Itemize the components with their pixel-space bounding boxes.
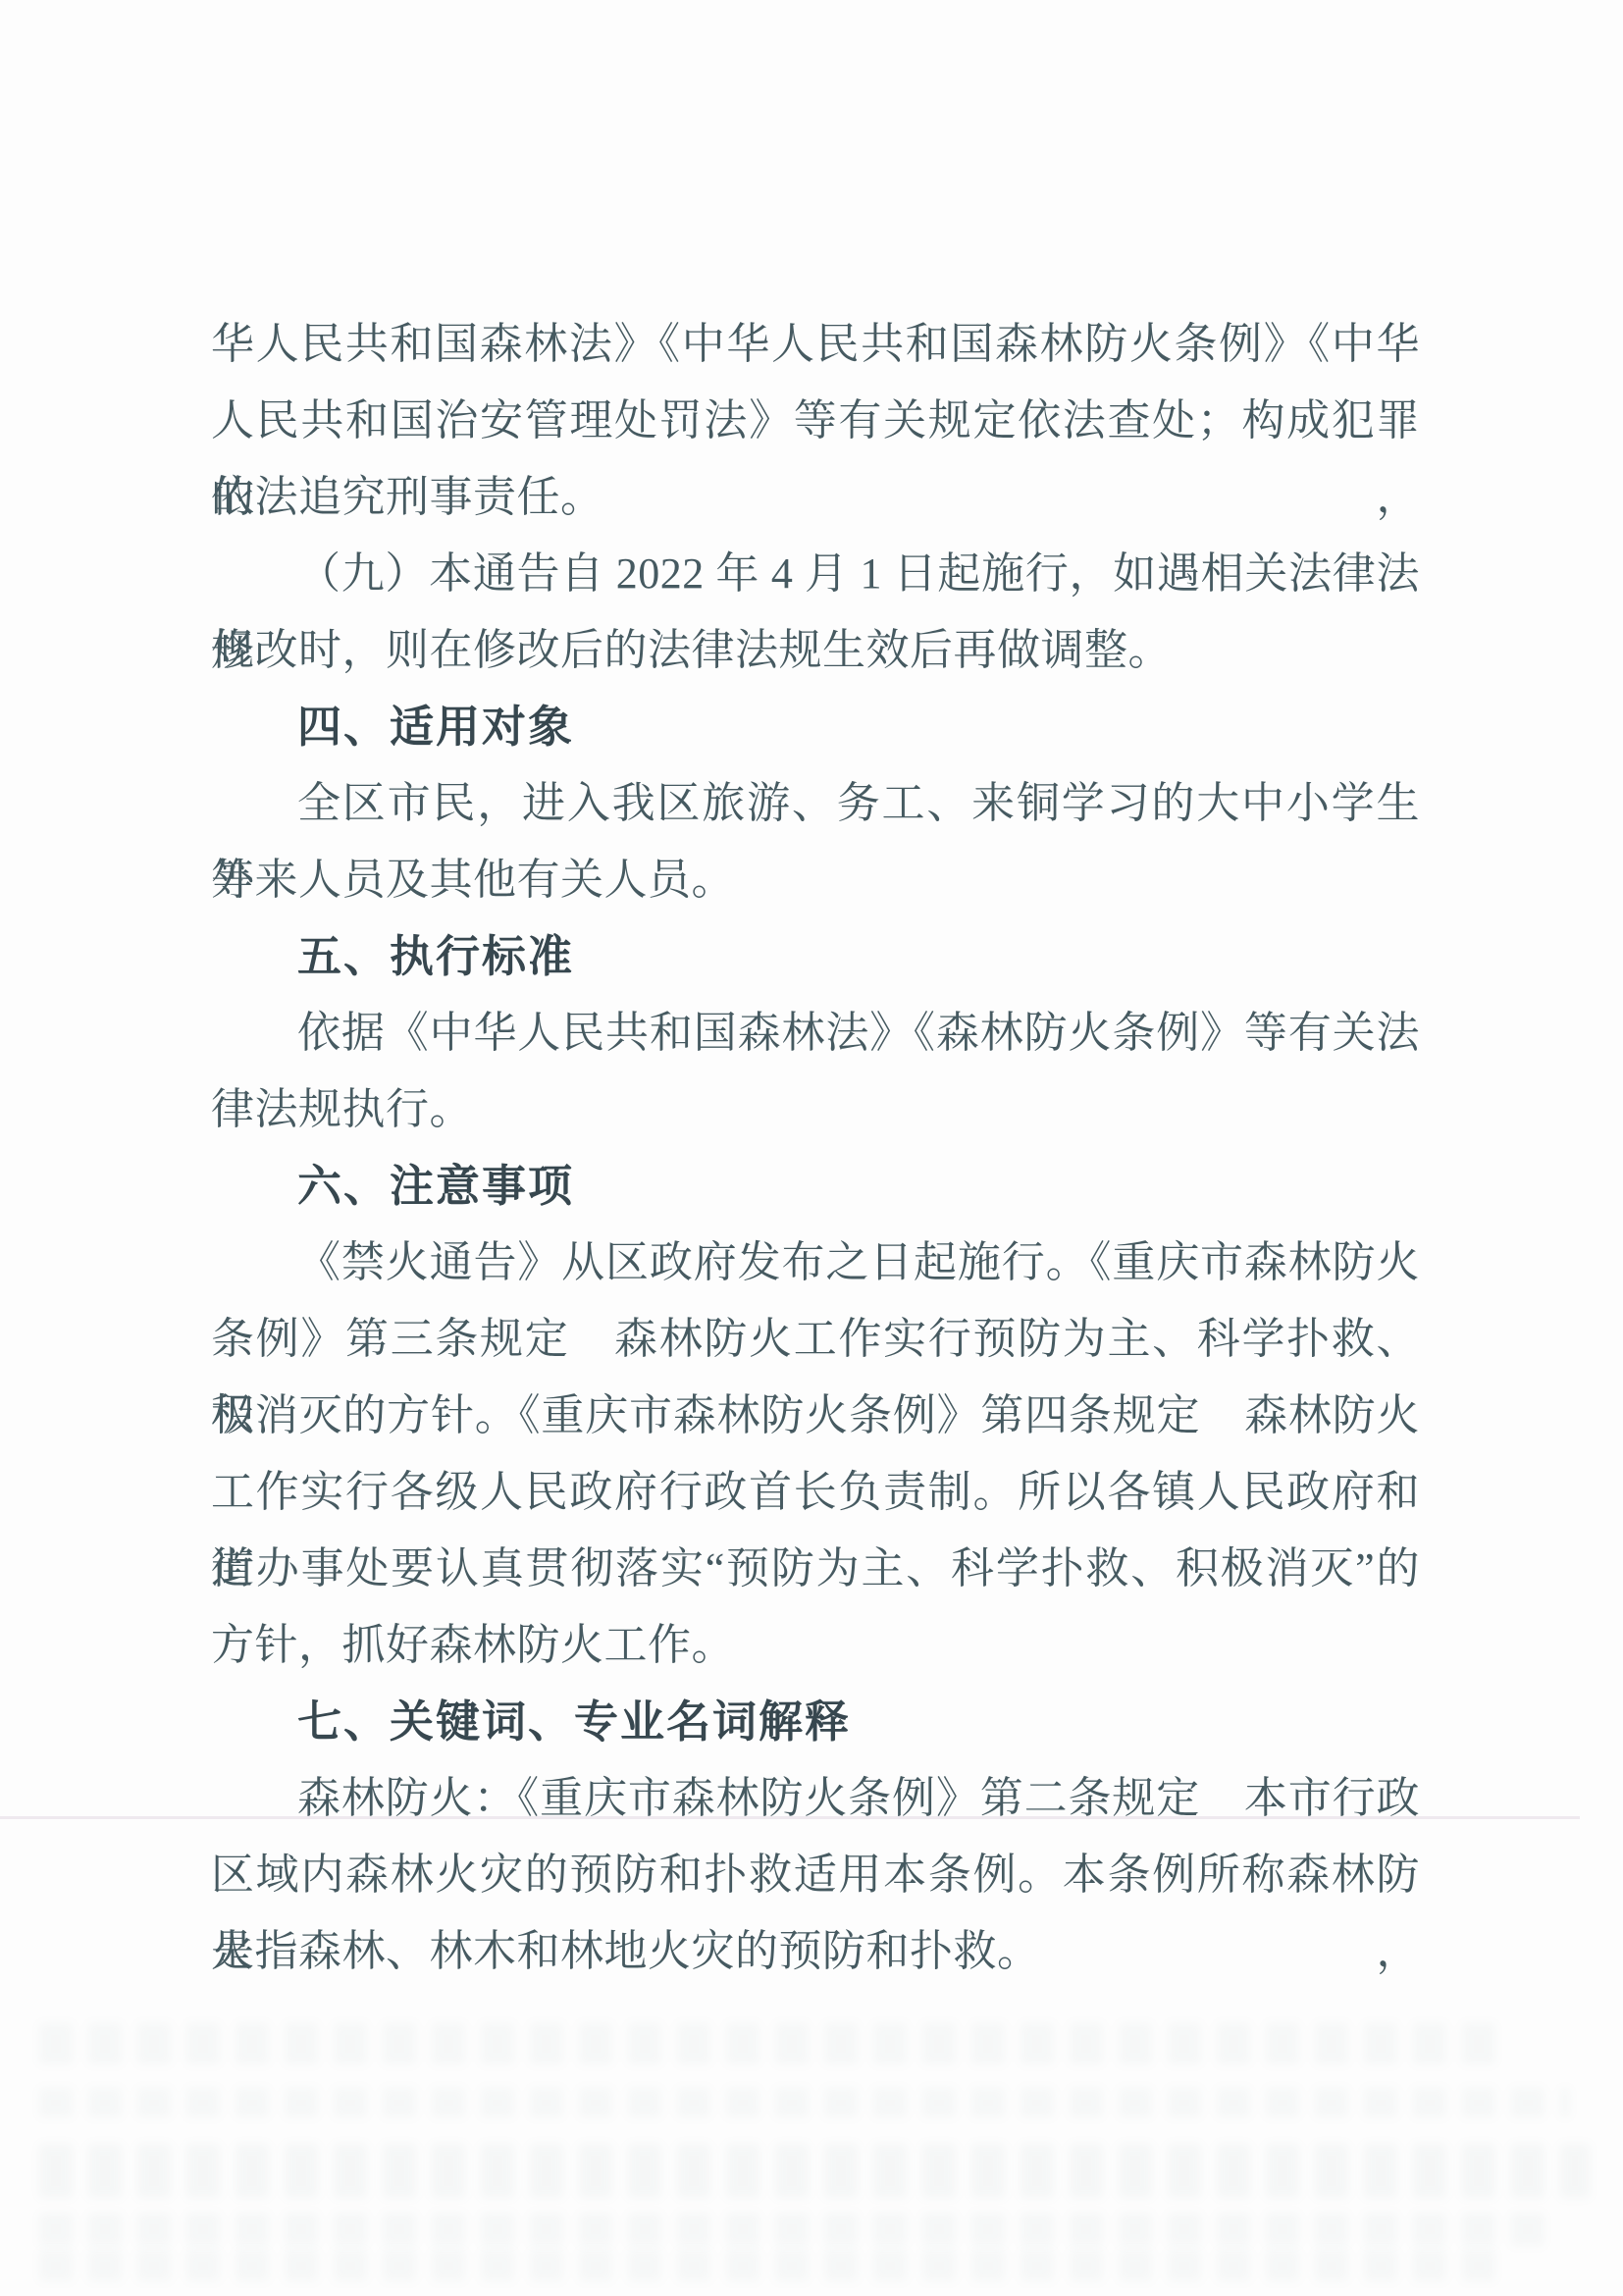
text-line: 外来人员及其他有关人员。 [211, 842, 1420, 918]
text-line: 律法规执行。 [211, 1071, 1420, 1148]
bleed-through-artifact [39, 2088, 1570, 2117]
text-line: 人民共和国治安管理处罚法》等有关规定依法查处；构成犯罪的， [211, 383, 1420, 459]
text-line: 依据《中华人民共和国森林法》《森林防火条例》等有关法 [211, 995, 1420, 1071]
text-line: 全区市民，进入我区旅游、务工、来铜学习的大中小学生等 [211, 765, 1420, 842]
text-line: 极消灭的方针。《重庆市森林防火条例》第四条规定 森林防火 [211, 1378, 1420, 1454]
section-heading: 七、关键词、专业名词解释 [211, 1684, 1420, 1760]
section-heading: 五、执行标准 [211, 918, 1420, 995]
text-line: 方针，抓好森林防火工作。 [211, 1607, 1420, 1684]
bleed-through-artifact [39, 2023, 1511, 2064]
document-text-block: 华人民共和国森林法》《中华人民共和国森林防火条例》《中华 人民共和国治安管理处罚… [211, 306, 1420, 1990]
text-line: 道办事处要认真贯彻落实“预防为主、科学扑救、积极消灭”的 [211, 1531, 1420, 1607]
section-heading: 六、注意事项 [211, 1148, 1420, 1225]
bleed-through-artifact [39, 2250, 1501, 2281]
text-line: 工作实行各级人民政府行政首长负责制。所以各镇人民政府和街 [211, 1454, 1420, 1531]
bleed-through-artifact [39, 2213, 1550, 2246]
scan-artifact-line [0, 1816, 1580, 1819]
text-line: 条例》第三条规定 森林防火工作实行预防为主、科学扑救、积 [211, 1301, 1420, 1378]
text-line: 华人民共和国森林法》《中华人民共和国森林防火条例》《中华 [211, 306, 1420, 383]
scanned-document-page: 华人民共和国森林法》《中华人民共和国森林防火条例》《中华 人民共和国治安管理处罚… [0, 0, 1623, 2296]
section-heading: 四、适用对象 [211, 689, 1420, 765]
bleed-through-artifact [39, 2144, 1590, 2198]
text-line: 修改时，则在修改后的法律法规生效后再做调整。 [211, 612, 1420, 689]
text-line: 区域内森林火灾的预防和扑救适用本条例。本条例所称森林防火， [211, 1837, 1420, 1913]
text-line: （九）本通告自 2022 年 4 月 1 日起施行，如遇相关法律法规 [211, 536, 1420, 612]
text-line: 森林防火：《重庆市森林防火条例》第二条规定 本市行政 [211, 1760, 1420, 1837]
text-line: 《禁火通告》从区政府发布之日起施行。《重庆市森林防火 [211, 1225, 1420, 1301]
